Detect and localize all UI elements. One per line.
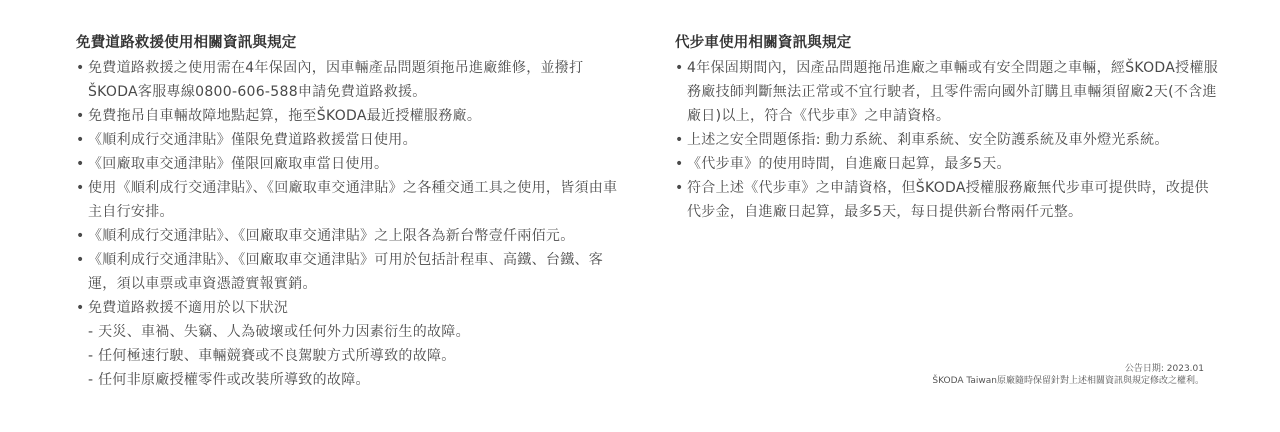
- announcement-date: 公告日期: 2023.01: [932, 363, 1204, 375]
- roadside-assistance-section: 免費道路救援使用相關資訊與規定 免費道路救援之使用需在4年保固內，因車輛產品問題…: [76, 32, 621, 392]
- footer-notice: 公告日期: 2023.01 ŠKODA Taiwan原廠隨時保留針對上述相關資訊…: [932, 363, 1204, 387]
- rules-list: 4年保固期間內，因產品問題拖吊進廠之車輛或有安全問題之車輛，經ŠKODA授權服務…: [675, 56, 1220, 224]
- list-item: 《順利成行交通津貼》、《回廠取車交通津貼》之上限各為新台幣壹仟兩佰元。: [76, 224, 621, 248]
- exclusion-item: - 任何非原廠授權零件或改裝所導致的故障。: [88, 368, 621, 392]
- exclusions-label: 免費道路救援不適用於以下狀況: [88, 300, 288, 316]
- section-heading: 免費道路救援使用相關資訊與規定: [76, 32, 621, 54]
- list-item: 《順利成行交通津貼》僅限免費道路救援當日使用。: [76, 128, 621, 152]
- section-heading: 代步車使用相關資訊與規定: [675, 32, 1220, 54]
- list-item: 《回廠取車交通津貼》僅限回廠取車當日使用。: [76, 152, 621, 176]
- disclaimer: ŠKODA Taiwan原廠隨時保留針對上述相關資訊與規定修改之權利。: [932, 375, 1204, 387]
- exclusion-item: - 天災、車禍、失竊、人為破壞或任何外力因素衍生的故障。: [88, 320, 621, 344]
- list-item: 《代步車》的使用時間，自進廠日起算，最多5天。: [675, 152, 1220, 176]
- list-item: 使用《順利成行交通津貼》、《回廠取車交通津貼》之各種交通工具之使用，皆須由車主自…: [76, 176, 621, 224]
- courtesy-car-section: 代步車使用相關資訊與規定 4年保固期間內，因產品問題拖吊進廠之車輛或有安全問題之…: [675, 32, 1220, 224]
- list-item: 免費道路救援之使用需在4年保固內，因車輛產品問題須拖吊進廠維修，並撥打ŠKODA…: [76, 56, 621, 104]
- list-item: 上述之安全問題係指: 動力系統、剎車系統、安全防護系統及車外燈光系統。: [675, 128, 1220, 152]
- list-item: 免費拖吊自車輛故障地點起算，拖至ŠKODA最近授權服務廠。: [76, 104, 621, 128]
- list-item: 符合上述《代步車》之申請資格，但ŠKODA授權服務廠無代步車可提供時，改提供代步…: [675, 176, 1220, 224]
- exclusion-item: - 任何極速行駛、車輛競賽或不良駕駛方式所導致的故障。: [88, 344, 621, 368]
- list-item-exclusions: 免費道路救援不適用於以下狀況 - 天災、車禍、失竊、人為破壞或任何外力因素衍生的…: [76, 296, 621, 392]
- list-item: 4年保固期間內，因產品問題拖吊進廠之車輛或有安全問題之車輛，經ŠKODA授權服務…: [675, 56, 1220, 128]
- list-item: 《順利成行交通津貼》、《回廠取車交通津貼》可用於包括計程車、高鐵、台鐵、客運，須…: [76, 248, 621, 296]
- rules-list: 免費道路救援之使用需在4年保固內，因車輛產品問題須拖吊進廠維修，並撥打ŠKODA…: [76, 56, 621, 392]
